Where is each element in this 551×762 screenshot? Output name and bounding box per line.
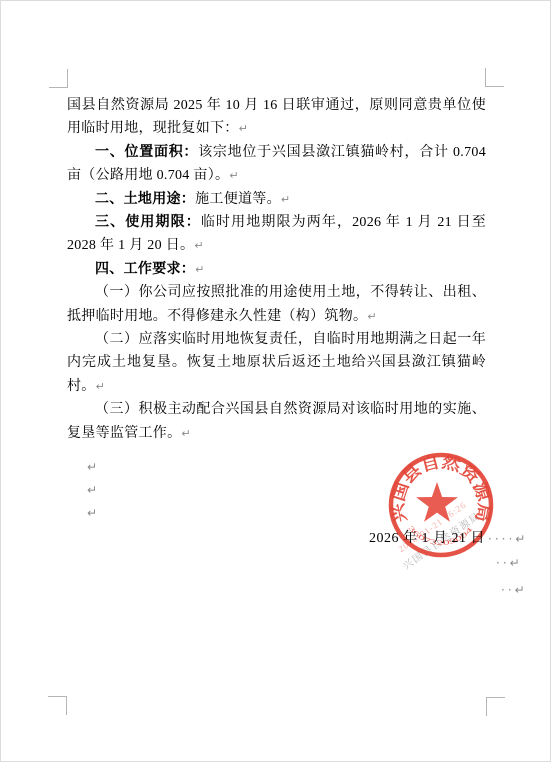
margin-mark-bottom-left <box>48 696 67 715</box>
paragraph-mark-icon: ↵ <box>96 380 105 393</box>
paragraph-text: 国县自然资源局 2025 年 10 月 16 日联审通过，原则同意贵单位使用临时… <box>67 98 486 136</box>
space-dots-paragraph-mark-icon: ··↵ <box>501 583 528 597</box>
paragraph-text: 施工便道等。 <box>195 192 281 207</box>
paragraph-heading: 一、位置面积： <box>95 145 198 160</box>
margin-mark-bottom-right <box>486 697 505 716</box>
empty-paragraph-mark-icon: ↵ <box>87 483 97 497</box>
paragraph-mark-icon: ↵ <box>194 239 203 252</box>
space-dots-paragraph-mark-icon: ····↵ <box>488 531 528 548</box>
margin-mark-top-left <box>49 69 68 88</box>
document-body: 国县自然资源局 2025 年 10 月 16 日联审通过，原则同意贵单位使用临时… <box>67 94 486 445</box>
official-red-seal: 2026-01-21 16:26 兴国县自然资源局 兴国县自然资源局 36073… <box>373 437 509 573</box>
seal-graphic: 2026-01-21 16:26 兴国县自然资源局 兴国县自然资源局 36073… <box>373 437 509 573</box>
paragraph-mark-icon: ↵ <box>239 122 248 135</box>
paragraph-mark-icon: ↵ <box>367 310 376 323</box>
seal-ring-textpath: 兴国县自然资源局 <box>388 451 495 524</box>
empty-paragraph-mark-icon: ↵ <box>87 460 97 474</box>
paragraph-sub-1: （一）你公司应按照批准的用途使用土地，不得转让、出租、抵押临时用地。不得修建永久… <box>67 281 486 328</box>
paragraph-item-2: 二、土地用途：施工便道等。↵ <box>67 188 486 211</box>
paragraph-sub-2: （二）应落实临时用地恢复责任，自临时用地期满之日起一年内完成土地复垦。恢复土地原… <box>67 328 486 398</box>
paragraph-sub-3: （三）积极主动配合兴国县自然资源局对该临时用地的实施、复垦等监管工作。↵ <box>67 398 486 445</box>
paragraph-heading: 三、使用期限： <box>95 215 201 230</box>
document-page: 国县自然资源局 2025 年 10 月 16 日联审通过，原则同意贵单位使用临时… <box>0 0 551 762</box>
space-dots-paragraph-mark-icon: ··↵ <box>496 556 523 570</box>
signature-date: 2026 年 1 月 21 日 ····↵ <box>67 530 485 547</box>
paragraph-mark-icon: ↵ <box>181 427 190 440</box>
paragraph-text: （三）积极主动配合兴国县自然资源局对该临时用地的实施、复垦等监管工作。 <box>67 402 486 440</box>
paragraph-mark-icon: ↵ <box>195 263 204 276</box>
paragraph-text: （二）应落实临时用地恢复责任，自临时用地期满之日起一年内完成土地复垦。恢复土地原… <box>67 332 486 394</box>
paragraph-text: （一）你公司应按照批准的用途使用土地，不得转让、出租、抵押临时用地。不得修建永久… <box>67 285 486 323</box>
margin-mark-top-right <box>485 68 504 87</box>
paragraph-mark-icon: ↵ <box>229 169 238 182</box>
paragraph-heading: 二、土地用途： <box>95 192 195 207</box>
paragraph-mark-icon: ↵ <box>281 193 290 206</box>
date-text: 2026 年 1 月 21 日 <box>369 531 485 546</box>
paragraph-item-3: 三、使用期限：临时用地期限为两年，2026 年 1 月 21 日至 2028 年… <box>67 211 486 258</box>
seal-star-icon <box>416 482 458 522</box>
paragraph-heading: 四、工作要求： <box>95 262 195 277</box>
seal-ring-text: 兴国县自然资源局 <box>388 451 495 524</box>
paragraph-intro: 国县自然资源局 2025 年 10 月 16 日联审通过，原则同意贵单位使用临时… <box>67 94 486 141</box>
empty-paragraph-mark-icon: ↵ <box>87 506 97 520</box>
paragraph-item-4: 四、工作要求：↵ <box>67 258 486 281</box>
paragraph-item-1: 一、位置面积：该宗地位于兴国县潋江镇猫岭村，合计 0.704 亩（公路用地 0.… <box>67 141 486 188</box>
